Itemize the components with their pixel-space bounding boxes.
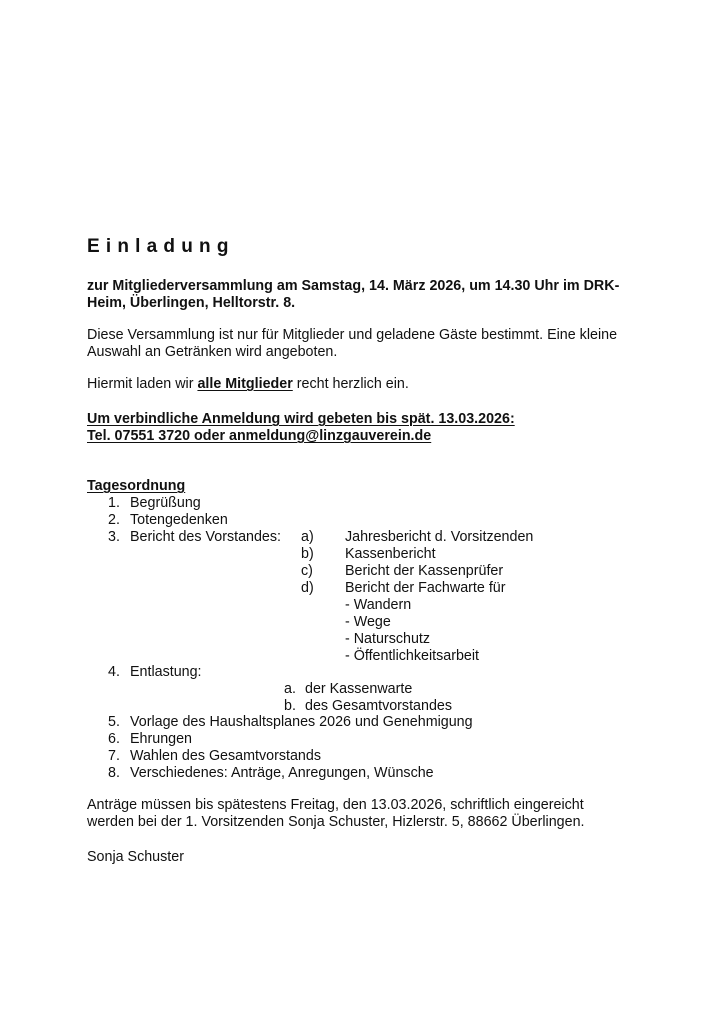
intro-line-2: Heim, Überlingen, Helltorstr. 8. xyxy=(87,295,295,312)
agenda-item-label: Totengedenken xyxy=(130,512,228,529)
deadline-line-2: werden bei der 1. Vorsitzenden Sonja Sch… xyxy=(87,814,585,831)
deadline-line-1: Anträge müssen bis spätestens Freitag, d… xyxy=(87,797,584,814)
info-line-1: Diese Versammlung ist nur für Mitglieder… xyxy=(87,327,617,344)
agenda-subitem-marker: a) xyxy=(301,529,314,546)
agenda-item-number: 3. xyxy=(108,529,120,546)
agenda-subitem-label: der Kassenwarte xyxy=(305,681,412,698)
agenda-item-label: Wahlen des Gesamtvorstands xyxy=(130,748,321,765)
agenda-subitem-label: Bericht der Kassenprüfer xyxy=(345,563,503,580)
agenda-item-label: Begrüßung xyxy=(130,495,201,512)
agenda-topic: - Wandern xyxy=(345,597,411,614)
document-title: Einladung xyxy=(87,236,235,258)
invite-line: Hiermit laden wir alle Mitglieder recht … xyxy=(87,376,409,393)
agenda-topic: - Wege xyxy=(345,614,391,631)
registration-line-1: Um verbindliche Anmeldung wird gebeten b… xyxy=(87,411,515,428)
info-line-2: Auswahl an Getränken wird angeboten. xyxy=(87,344,337,361)
agenda-subitem-marker: a. xyxy=(284,681,296,698)
agenda-item-number: 7. xyxy=(108,748,120,765)
agenda-item-label: Entlastung: xyxy=(130,664,202,681)
agenda-subitem-label: Kassenbericht xyxy=(345,546,436,563)
agenda-item-label: Vorlage des Haushaltsplanes 2026 und Gen… xyxy=(130,714,473,731)
agenda-subitem-marker: d) xyxy=(301,580,314,597)
invite-prefix: Hiermit laden wir xyxy=(87,376,197,392)
agenda-item-number: 8. xyxy=(108,765,120,782)
agenda-item-number: 2. xyxy=(108,512,120,529)
intro-line-1: zur Mitgliederversammlung am Samstag, 14… xyxy=(87,278,619,295)
agenda-subitem-marker: c) xyxy=(301,563,313,580)
agenda-item-number: 6. xyxy=(108,731,120,748)
agenda-topic: - Öffentlichkeitsarbeit xyxy=(345,648,479,665)
agenda-subitem-label: Jahresbericht d. Vorsitzenden xyxy=(345,529,533,546)
invite-suffix: recht herzlich ein. xyxy=(293,376,409,392)
agenda-item-label: Verschiedenes: Anträge, Anregungen, Wüns… xyxy=(130,765,434,782)
agenda-topic: - Naturschutz xyxy=(345,631,430,648)
agenda-item-number: 5. xyxy=(108,714,120,731)
agenda-subitem-marker: b) xyxy=(301,546,314,563)
agenda-subitem-label: des Gesamtvorstandes xyxy=(305,698,452,715)
agenda-heading: Tagesordnung xyxy=(87,478,185,495)
agenda-item-label: Bericht des Vorstandes: xyxy=(130,529,281,546)
agenda-item-number: 4. xyxy=(108,664,120,681)
invite-emphasis: alle Mitglieder xyxy=(197,376,292,392)
signature: Sonja Schuster xyxy=(87,849,184,866)
agenda-item-label: Ehrungen xyxy=(130,731,192,748)
registration-contact[interactable]: Tel. 07551 3720 oder anmeldung@linzgauve… xyxy=(87,428,431,445)
agenda-subitem-label: Bericht der Fachwarte für xyxy=(345,580,506,597)
agenda-item-number: 1. xyxy=(108,495,120,512)
agenda-subitem-marker: b. xyxy=(284,698,296,715)
document-page: Einladung zur Mitgliederversammlung am S… xyxy=(0,0,724,1024)
